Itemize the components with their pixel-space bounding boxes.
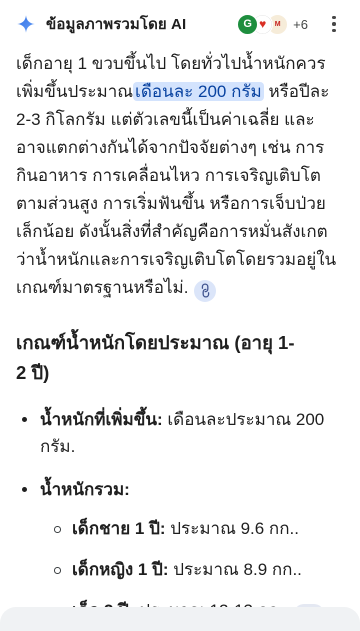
overview-paragraph: เด็กอายุ 1 ขวบขึ้นไป โดยทั่วไปน้ำหนักควร… bbox=[16, 50, 344, 302]
paragraph-text-after: หรือปีละ 2-3 กิโลกรัม แต่ตัวเลขนี้เป็นค่… bbox=[16, 82, 336, 297]
section-heading: เกณฑ์น้ำหนักโดยประมาณ (อายุ 1-2 ปี) bbox=[16, 328, 344, 388]
sub-list-item-lead: เด็กชาย 1 ปี: bbox=[72, 519, 166, 538]
ai-overview-card: ข้อมูลภาพรวมโดย AI G ♥ M +6 เด็กอายุ 1 ข… bbox=[0, 0, 360, 631]
citation-link-icon[interactable] bbox=[194, 280, 216, 302]
bullet-marker bbox=[16, 406, 40, 460]
gemini-sparkle-icon bbox=[16, 14, 36, 34]
sub-list-item-text: ประมาณ 8.9 กก.. bbox=[169, 560, 302, 579]
sub-bullet-marker bbox=[48, 556, 72, 583]
bullet-marker bbox=[16, 476, 40, 503]
list-item: น้ำหนักที่เพิ่มขึ้น: เดือนละประมาณ 200 ก… bbox=[16, 406, 344, 460]
page-title: ข้อมูลภาพรวมโดย AI bbox=[46, 12, 186, 36]
highlighted-answer[interactable]: เดือนละ 200 กรัม bbox=[133, 82, 264, 101]
sub-bullet-marker bbox=[48, 515, 72, 542]
list-item-lead: น้ำหนักที่เพิ่มขึ้น: bbox=[40, 410, 163, 429]
sub-list-item: เด็กชาย 1 ปี: ประมาณ 9.6 กก.. bbox=[48, 515, 344, 542]
source-favicons[interactable]: G ♥ M bbox=[237, 14, 288, 35]
list-item-lead: น้ำหนักรวม: bbox=[40, 480, 130, 499]
ai-overview-content: เด็กอายุ 1 ขวบขึ้นไป โดยทั่วไปน้ำหนักควร… bbox=[0, 50, 360, 624]
sub-list-item-lead: เด็กหญิง 1 ปี: bbox=[72, 560, 169, 579]
sub-list-item: เด็กหญิง 1 ปี: ประมาณ 8.9 กก.. bbox=[48, 556, 344, 583]
ai-overview-header: ข้อมูลภาพรวมโดย AI G ♥ M +6 bbox=[0, 0, 360, 42]
weight-criteria-list: น้ำหนักที่เพิ่มขึ้น: เดือนละประมาณ 200 ก… bbox=[16, 406, 344, 624]
next-section-panel[interactable] bbox=[0, 607, 360, 631]
list-item: น้ำหนักรวม: bbox=[16, 476, 344, 503]
sub-list-item-text: ประมาณ 9.6 กก.. bbox=[166, 519, 299, 538]
overflow-menu-icon[interactable] bbox=[322, 12, 346, 36]
source-favicon-1[interactable]: G bbox=[237, 14, 258, 35]
more-sources-count[interactable]: +6 bbox=[293, 17, 308, 32]
